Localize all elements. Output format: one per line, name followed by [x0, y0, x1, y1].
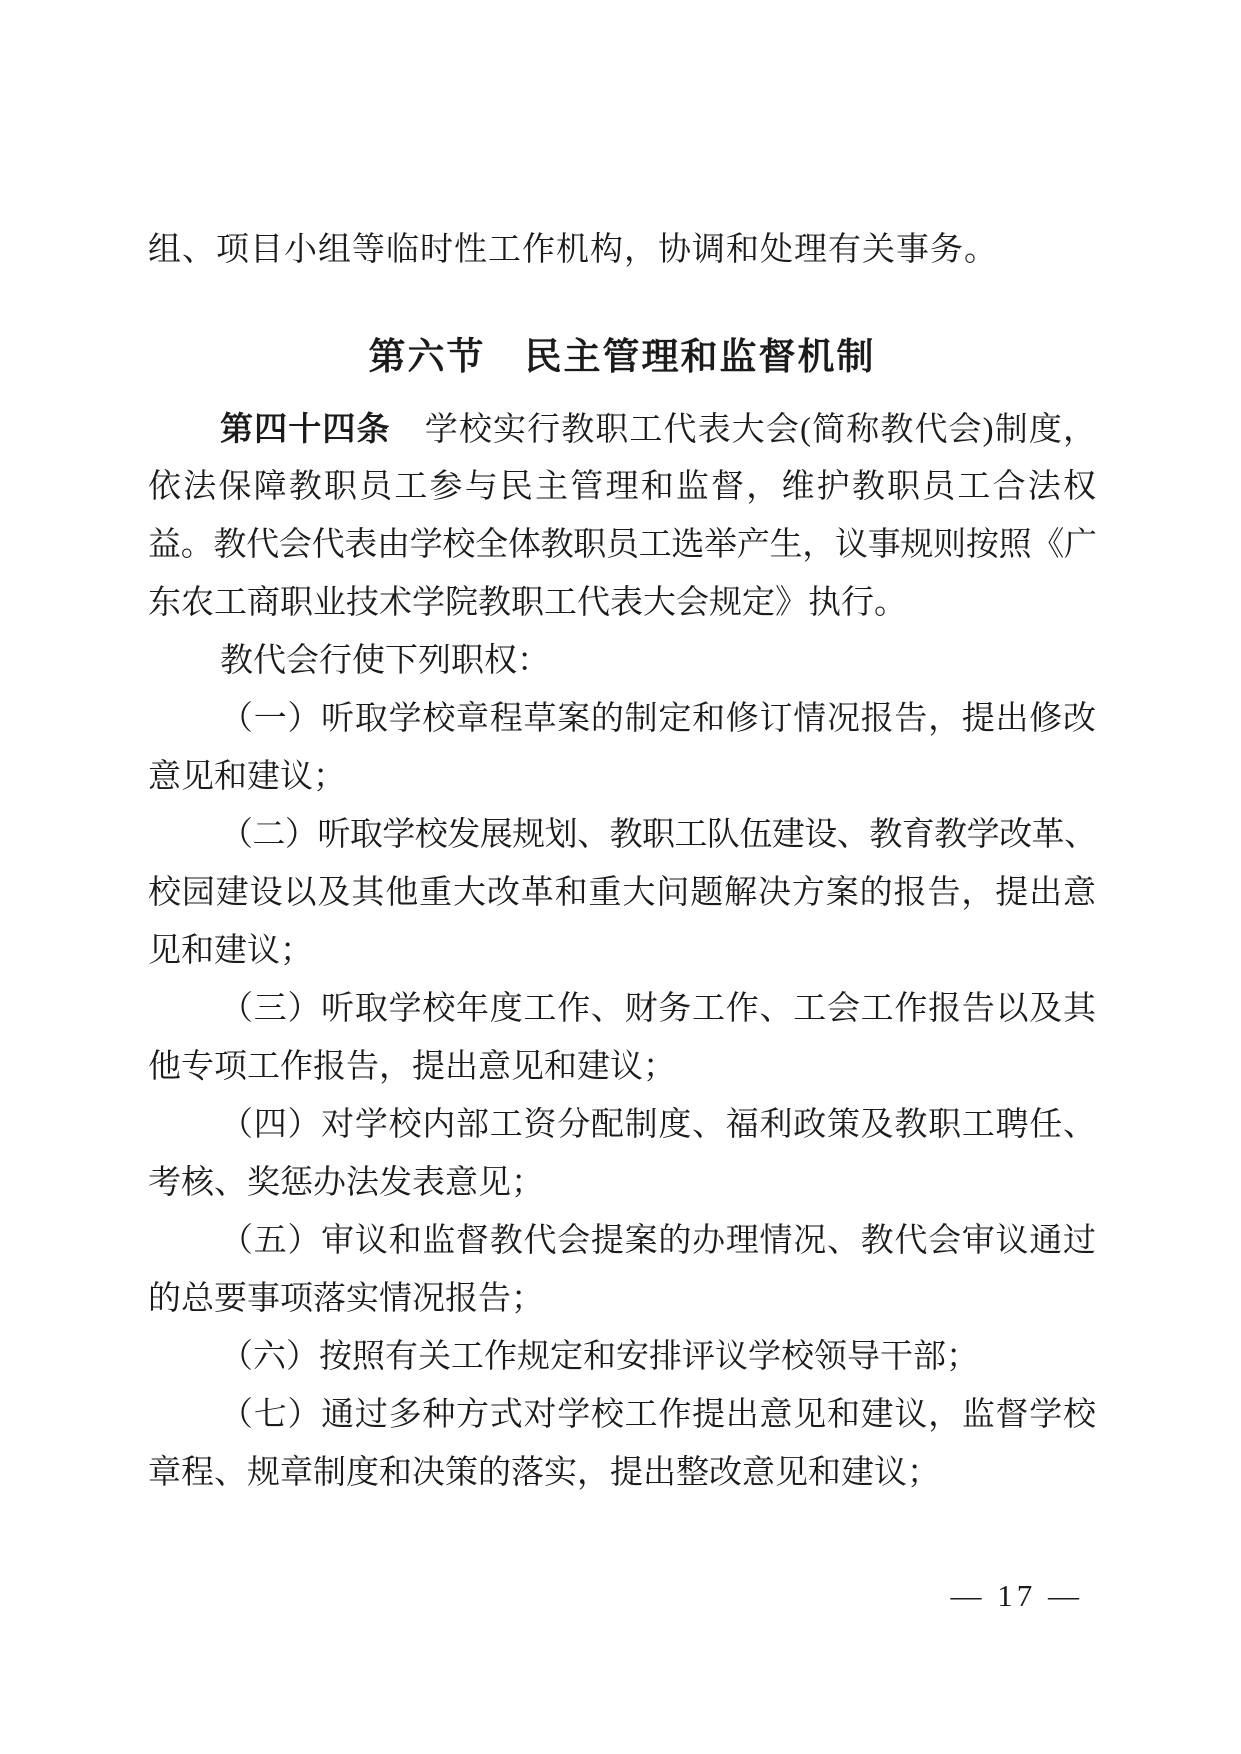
body-line: （二）听取学校发展规划、教职工队伍建设、教育教学改革、: [148, 806, 1096, 864]
body-line: （七）通过多种方式对学校工作提出意见和建议，监督学校: [148, 1386, 1096, 1444]
article-number: 第四十四条: [220, 410, 391, 447]
body-line: 东农工商职业技术学院教职工代表大会规定》执行。: [148, 574, 1096, 632]
intro-line: 组、项目小组等临时性工作机构，协调和处理有关事务。: [148, 221, 1096, 279]
article-line: 第四十四条 学校实行教职工代表大会(简称教代会)制度，: [148, 400, 1096, 458]
document-page: 组、项目小组等临时性工作机构，协调和处理有关事务。 第六节 民主管理和监督机制 …: [0, 0, 1241, 1754]
body-line: 益。教代会代表由学校全体教职员工选举产生，议事规则按照《广: [148, 516, 1096, 574]
body-line: 依法保障教职员工参与民主管理和监督，维护教职员工合法权: [148, 458, 1096, 516]
body-line: 他专项工作报告，提出意见和建议；: [148, 1038, 1096, 1096]
body-line: 考核、奖惩办法发表意见；: [148, 1154, 1096, 1212]
body-line: （三）听取学校年度工作、财务工作、工会工作报告以及其: [148, 980, 1096, 1038]
article-line-text: 学校实行教职工代表大会(简称教代会)制度，: [391, 412, 1096, 448]
body-line: 的总要事项落实情况报告；: [148, 1270, 1096, 1328]
body-line: 章程、规章制度和决策的落实，提出整改意见和建议；: [148, 1444, 1096, 1502]
page-number: — 17 —: [951, 1576, 1084, 1616]
body-line: 意见和建议；: [148, 748, 1096, 806]
body-line: （五）审议和监督教代会提案的办理情况、教代会审议通过: [148, 1212, 1096, 1270]
document-body: 组、项目小组等临时性工作机构，协调和处理有关事务。 第六节 民主管理和监督机制 …: [148, 0, 1096, 1502]
body-line: 见和建议；: [148, 922, 1096, 980]
body-line: 教代会行使下列职权：: [148, 632, 1096, 690]
body-line: （一）听取学校章程草案的制定和修订情况报告，提出修改: [148, 690, 1096, 748]
body-line: （六）按照有关工作规定和安排评议学校领导干部；: [148, 1328, 1096, 1386]
body-line: 校园建设以及其他重大改革和重大问题解决方案的报告，提出意: [148, 864, 1096, 922]
section-heading: 第六节 民主管理和监督机制: [148, 328, 1096, 386]
body-line: （四）对学校内部工资分配制度、福利政策及教职工聘任、: [148, 1096, 1096, 1154]
